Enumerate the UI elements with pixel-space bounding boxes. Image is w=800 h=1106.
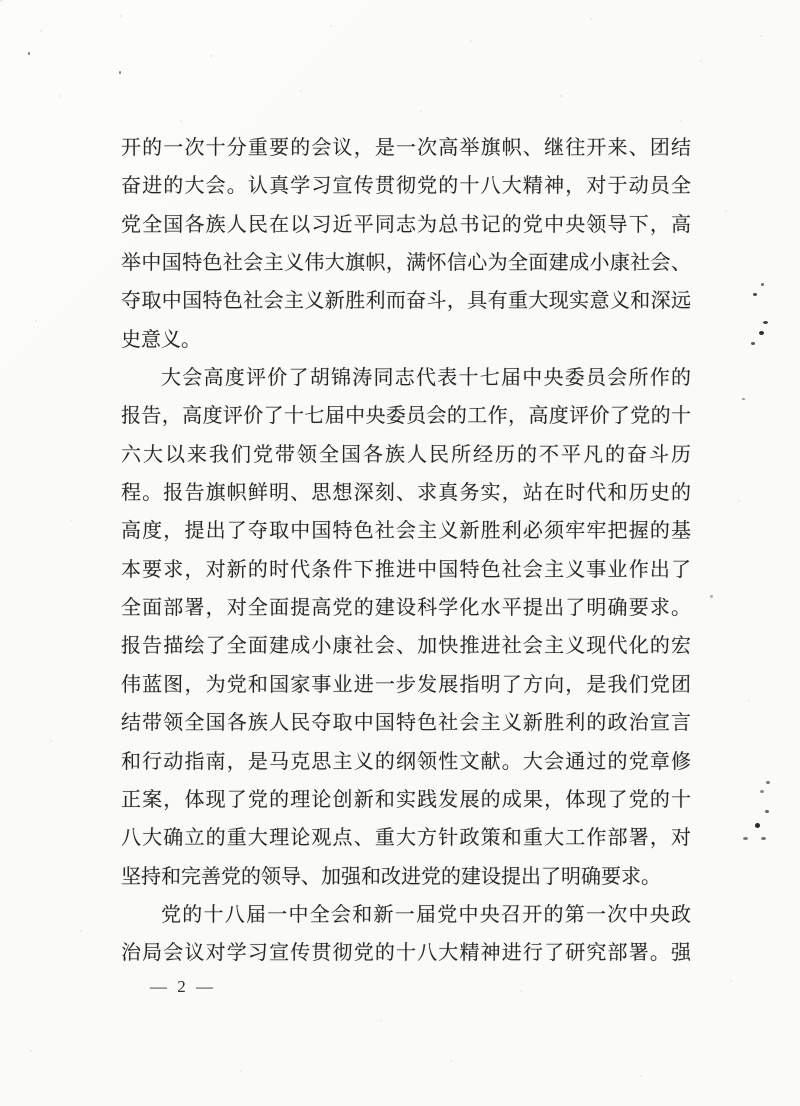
- text-line: 史意义。: [121, 321, 691, 359]
- scan-speck: [761, 283, 764, 286]
- text-line: 六大以来我们党带领全国各族人民所经历的不平凡的奋斗历: [121, 436, 691, 474]
- scan-speck: [766, 781, 770, 784]
- text-line: 坚持和完善党的领导、加强和改进党的建设提出了明确要求。: [121, 858, 691, 896]
- scan-speck: [710, 595, 713, 598]
- scan-noise-texture: [0, 0, 2, 2]
- text-line: 夺取中国特色社会主义新胜利而奋斗，具有重大现实意义和深远历: [121, 282, 691, 320]
- text-line: 党全国各族人民在以习近平同志为总书记的党中央领导下，高: [121, 206, 691, 244]
- text-line: 举中国特色社会主义伟大旗帜，满怀信心为全面建成小康社会、: [121, 244, 691, 282]
- scan-speck: [753, 293, 757, 296]
- scan-speck: [763, 321, 768, 324]
- page-number: — 2 —: [150, 977, 216, 997]
- scan-speck: [761, 837, 766, 840]
- text-line: 八大确立的重大理论观点、重大方针政策和重大工作部署，对: [121, 819, 691, 857]
- scan-speck: [742, 398, 745, 400]
- scan-speck: [759, 331, 764, 335]
- scan-speck: [743, 837, 748, 840]
- scan-speck: [119, 71, 121, 74]
- text-line: 全面部署，对全面提高党的建设科学化水平提出了明确要求。: [121, 589, 691, 627]
- text-line: 高度，提出了夺取中国特色社会主义新胜利必须牢牢把握的基: [121, 512, 691, 550]
- text-line: 报告描绘了全面建成小康社会、加快推进社会主义现代化的宏: [121, 627, 691, 665]
- text-line: 大会高度评价了胡锦涛同志代表十七届中央委员会所作的: [121, 359, 691, 397]
- text-line: 伟蓝图，为党和国家事业进一步发展指明了方向，是我们党团: [121, 666, 691, 704]
- text-line: 报告，高度评价了十七届中央委员会的工作，高度评价了党的十: [121, 397, 691, 435]
- scan-speck: [755, 823, 760, 828]
- text-line: 本要求，对新的时代条件下推进中国特色社会主义事业作出了: [121, 551, 691, 589]
- text-line: 治局会议对学习宣传贯彻党的十八大精神进行了研究部署。强: [121, 934, 691, 972]
- text-line: 奋进的大会。认真学习宣传贯彻党的十八大精神，对于动员全: [121, 167, 691, 205]
- text-line: 党的十八届一中全会和新一届党中央召开的第一次中央政: [121, 896, 691, 934]
- text-line: 开的一次十分重要的会议，是一次高举旗帜、继往开来、团结: [121, 129, 691, 167]
- scanned-document-page: 开的一次十分重要的会议，是一次高举旗帜、继往开来、团结 奋进的大会。认真学习宣传…: [0, 0, 800, 1106]
- scan-speck: [765, 810, 769, 813]
- text-line: 和行动指南，是马克思主义的纲领性文献。大会通过的党章修: [121, 743, 691, 781]
- scan-speck: [760, 790, 764, 793]
- scan-speck: [28, 52, 30, 55]
- text-line: 正案，体现了党的理论创新和实践发展的成果，体现了党的十: [121, 781, 691, 819]
- text-line: 程。报告旗帜鲜明、思想深刻、求真务实，站在时代和历史的: [121, 474, 691, 512]
- text-line: 结带领全国各族人民夺取中国特色社会主义新胜利的政治宣言: [121, 704, 691, 742]
- scan-speck: [751, 342, 755, 345]
- document-body-text: 开的一次十分重要的会议，是一次高举旗帜、继往开来、团结 奋进的大会。认真学习宣传…: [121, 129, 691, 973]
